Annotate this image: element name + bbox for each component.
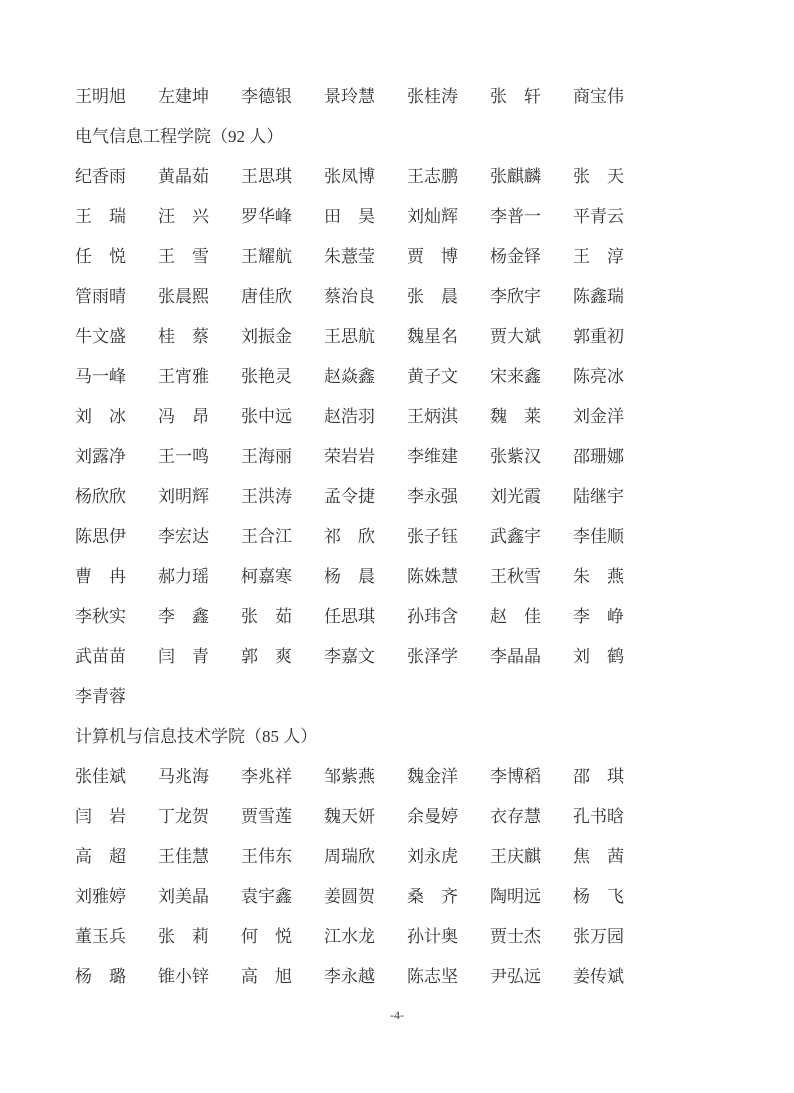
student-name: 张佳斌	[75, 766, 126, 788]
student-name: 孟令捷	[324, 486, 375, 508]
student-name: 宋来鑫	[490, 366, 541, 388]
student-name: 刘光霞	[490, 486, 541, 508]
names-row: 刘雅婷刘美晶袁宇鑫姜圆贺桑 齐陶明远杨 飞	[75, 877, 627, 917]
student-name: 邹紫燕	[324, 766, 375, 788]
student-name: 姜传斌	[573, 966, 624, 988]
student-name: 李晶晶	[490, 646, 541, 668]
student-name: 祁 欣	[324, 526, 375, 548]
student-name: 邵 琪	[573, 766, 624, 788]
student-name: 王海丽	[241, 446, 292, 468]
student-name: 王庆麒	[490, 846, 541, 868]
names-row: 纪香雨黄晶茹王思琪张凤博王志鹏张麒麟张 天	[75, 157, 627, 197]
student-name: 王明旭	[75, 86, 126, 108]
student-name: 李青蓉	[75, 686, 126, 708]
names-row: 闫 岩丁龙贺贾雪莲魏天妍余曼婷衣存慧孔书晗	[75, 797, 627, 837]
student-name: 刘 鹤	[573, 646, 624, 668]
student-name: 田 昊	[324, 206, 375, 228]
names-row: 武苗苗闫 青郭 爽李嘉文张泽学李晶晶刘 鹤	[75, 637, 627, 677]
student-name: 张紫汉	[490, 446, 541, 468]
student-name: 王 瑞	[75, 206, 126, 228]
student-name: 张子钰	[407, 526, 458, 548]
student-name: 姜圆贺	[324, 886, 375, 908]
names-row: 王明旭左建坤李德银景玲慧张桂涛张 轩商宝伟	[75, 77, 627, 117]
student-name: 唐佳欣	[241, 286, 292, 308]
student-name: 任思琪	[324, 606, 375, 628]
student-name: 马兆海	[158, 766, 209, 788]
names-row: 杨欣欣刘明辉王洪涛孟令捷李永强刘光霞陆继宇	[75, 477, 627, 517]
names-row: 管雨晴张晨熙唐佳欣蔡治良张 晨李欣宇陈鑫瑞	[75, 277, 627, 317]
student-name: 桑 齐	[407, 886, 458, 908]
names-row: 高 超王佳慧王伟东周瑞欣刘永虎王庆麒焦 茜	[75, 837, 627, 877]
student-name: 李佳顺	[573, 526, 624, 548]
student-name: 武鑫宇	[490, 526, 541, 548]
student-name: 黄晶茹	[158, 166, 209, 188]
student-name: 何 悦	[241, 926, 292, 948]
student-name: 张艳灵	[241, 366, 292, 388]
page-number: -4-	[0, 1008, 794, 1023]
student-name: 管雨晴	[75, 286, 126, 308]
names-row: 马一峰王宵雅张艳灵赵焱鑫黄子文宋来鑫陈亮冰	[75, 357, 627, 397]
names-row: 陈思伊李宏达王合江祁 欣张子钰武鑫宇李佳顺	[75, 517, 627, 557]
student-name: 贾士杰	[490, 926, 541, 948]
student-name: 李永越	[324, 966, 375, 988]
student-name: 张中远	[241, 406, 292, 428]
student-name: 陈姝慧	[407, 566, 458, 588]
student-name: 郭重初	[573, 326, 624, 348]
student-name: 张麒麟	[490, 166, 541, 188]
student-name: 刘振金	[241, 326, 292, 348]
student-name: 董玉兵	[75, 926, 126, 948]
student-name: 赵 佳	[490, 606, 541, 628]
section-header: 计算机与信息技术学院（85 人）	[75, 717, 627, 757]
student-name: 黄子文	[407, 366, 458, 388]
student-name: 张万园	[573, 926, 624, 948]
student-name: 张 茹	[241, 606, 292, 628]
student-name: 刘金洋	[573, 406, 624, 428]
student-name: 刘灿辉	[407, 206, 458, 228]
student-name: 闫 岩	[75, 806, 126, 828]
student-name: 尹弘远	[490, 966, 541, 988]
student-name: 陶明远	[490, 886, 541, 908]
student-name: 武苗苗	[75, 646, 126, 668]
student-name: 王一鸣	[158, 446, 209, 468]
names-row: 刘 冰冯 昂张中远赵浩羽王炳淇魏 莱刘金洋	[75, 397, 627, 437]
student-name: 陈亮冰	[573, 366, 624, 388]
student-name: 李 峥	[573, 606, 624, 628]
student-name: 孔书晗	[573, 806, 624, 828]
student-name: 王宵雅	[158, 366, 209, 388]
student-name: 王思航	[324, 326, 375, 348]
names-row: 任 悦王 雪王耀航朱薏莹贾 博杨金铎王 淳	[75, 237, 627, 277]
student-name: 汪 兴	[158, 206, 209, 228]
student-name: 刘明辉	[158, 486, 209, 508]
student-name: 锥小锌	[158, 966, 209, 988]
student-name: 焦 茜	[573, 846, 624, 868]
student-name: 李秋实	[75, 606, 126, 628]
student-name: 荣岩岩	[324, 446, 375, 468]
student-name: 牛文盛	[75, 326, 126, 348]
section-header: 电气信息工程学院（92 人）	[75, 117, 627, 157]
names-row: 张佳斌马兆海李兆祥邹紫燕魏金洋李博稻邵 琪	[75, 757, 627, 797]
student-name: 王佳慧	[158, 846, 209, 868]
student-name: 张 天	[573, 166, 624, 188]
student-name: 左建坤	[158, 86, 209, 108]
student-name: 商宝伟	[573, 86, 624, 108]
student-name: 丁龙贺	[158, 806, 209, 828]
names-row: 曹 冉郝力瑶柯嘉寒杨 晨陈姝慧王秋雪朱 燕	[75, 557, 627, 597]
student-name: 周瑞欣	[324, 846, 375, 868]
student-name: 杨 晨	[324, 566, 375, 588]
student-name: 余曼婷	[407, 806, 458, 828]
student-name: 李永强	[407, 486, 458, 508]
student-name: 刘美晶	[158, 886, 209, 908]
student-name: 孙玮含	[407, 606, 458, 628]
student-name: 杨欣欣	[75, 486, 126, 508]
student-name: 冯 昂	[158, 406, 209, 428]
student-name: 罗华峰	[241, 206, 292, 228]
student-name: 王 淳	[573, 246, 624, 268]
student-name: 邵珊娜	[573, 446, 624, 468]
student-name: 王秋雪	[490, 566, 541, 588]
student-name: 孙计奥	[407, 926, 458, 948]
student-name: 杨 璐	[75, 966, 126, 988]
names-row: 刘露净王一鸣王海丽荣岩岩李维建张紫汉邵珊娜	[75, 437, 627, 477]
student-name: 高 旭	[241, 966, 292, 988]
student-name: 王思琪	[241, 166, 292, 188]
student-name: 刘露净	[75, 446, 126, 468]
student-name: 张凤博	[324, 166, 375, 188]
student-name: 张泽学	[407, 646, 458, 668]
student-name: 贾雪莲	[241, 806, 292, 828]
student-name: 平青云	[573, 206, 624, 228]
student-name: 王伟东	[241, 846, 292, 868]
student-name: 王耀航	[241, 246, 292, 268]
document-rows: 王明旭左建坤李德银景玲慧张桂涛张 轩商宝伟电气信息工程学院（92 人）纪香雨黄晶…	[75, 77, 627, 997]
names-row: 王 瑞汪 兴罗华峰田 昊刘灿辉李普一平青云	[75, 197, 627, 237]
student-name: 刘雅婷	[75, 886, 126, 908]
student-name: 景玲慧	[324, 86, 375, 108]
names-row: 董玉兵张 莉何 悦江水龙孙计奥贾士杰张万园	[75, 917, 627, 957]
student-name: 李欣宇	[490, 286, 541, 308]
student-name: 纪香雨	[75, 166, 126, 188]
student-name: 闫 青	[158, 646, 209, 668]
student-name: 杨 飞	[573, 886, 624, 908]
names-row: 杨 璐锥小锌高 旭李永越陈志坚尹弘远姜传斌	[75, 957, 627, 997]
student-name: 朱 燕	[573, 566, 624, 588]
student-name: 魏 莱	[490, 406, 541, 428]
student-name: 高 超	[75, 846, 126, 868]
student-name: 张 莉	[158, 926, 209, 948]
student-name: 王志鹏	[407, 166, 458, 188]
document-page: 王明旭左建坤李德银景玲慧张桂涛张 轩商宝伟电气信息工程学院（92 人）纪香雨黄晶…	[0, 0, 794, 1093]
student-name: 马一峰	[75, 366, 126, 388]
names-row: 李青蓉	[75, 677, 627, 717]
student-name: 王 雪	[158, 246, 209, 268]
student-name: 郭 爽	[241, 646, 292, 668]
student-name: 陈鑫瑞	[573, 286, 624, 308]
student-name: 刘 冰	[75, 406, 126, 428]
student-name: 李嘉文	[324, 646, 375, 668]
student-name: 张晨熙	[158, 286, 209, 308]
student-name: 陆继宇	[573, 486, 624, 508]
student-name: 袁宇鑫	[241, 886, 292, 908]
student-name: 郝力瑶	[158, 566, 209, 588]
student-name: 贾 博	[407, 246, 458, 268]
student-name: 陈志坚	[407, 966, 458, 988]
student-name: 李博稻	[490, 766, 541, 788]
student-name: 杨金铎	[490, 246, 541, 268]
student-name: 李宏达	[158, 526, 209, 548]
student-name: 张 晨	[407, 286, 458, 308]
student-name: 王炳淇	[407, 406, 458, 428]
student-name: 蔡治良	[324, 286, 375, 308]
student-name: 魏金洋	[407, 766, 458, 788]
student-name: 赵浩羽	[324, 406, 375, 428]
student-name: 江水龙	[324, 926, 375, 948]
student-name: 赵焱鑫	[324, 366, 375, 388]
student-name: 李德银	[241, 86, 292, 108]
student-name: 李兆祥	[241, 766, 292, 788]
student-name: 魏天妍	[324, 806, 375, 828]
student-name: 魏星名	[407, 326, 458, 348]
student-name: 刘永虎	[407, 846, 458, 868]
student-name: 曹 冉	[75, 566, 126, 588]
student-name: 陈思伊	[75, 526, 126, 548]
student-name: 贾大斌	[490, 326, 541, 348]
student-name: 朱薏莹	[324, 246, 375, 268]
student-name: 李 鑫	[158, 606, 209, 628]
student-name: 衣存慧	[490, 806, 541, 828]
names-row: 李秋实李 鑫张 茹任思琪孙玮含赵 佳李 峥	[75, 597, 627, 637]
student-name: 王合江	[241, 526, 292, 548]
student-name: 王洪涛	[241, 486, 292, 508]
student-name: 张桂涛	[407, 86, 458, 108]
student-name: 任 悦	[75, 246, 126, 268]
student-name: 柯嘉寒	[241, 566, 292, 588]
student-name: 李维建	[407, 446, 458, 468]
student-name: 张 轩	[490, 86, 541, 108]
student-name: 李普一	[490, 206, 541, 228]
student-name: 桂 蔡	[158, 326, 209, 348]
names-row: 牛文盛桂 蔡刘振金王思航魏星名贾大斌郭重初	[75, 317, 627, 357]
